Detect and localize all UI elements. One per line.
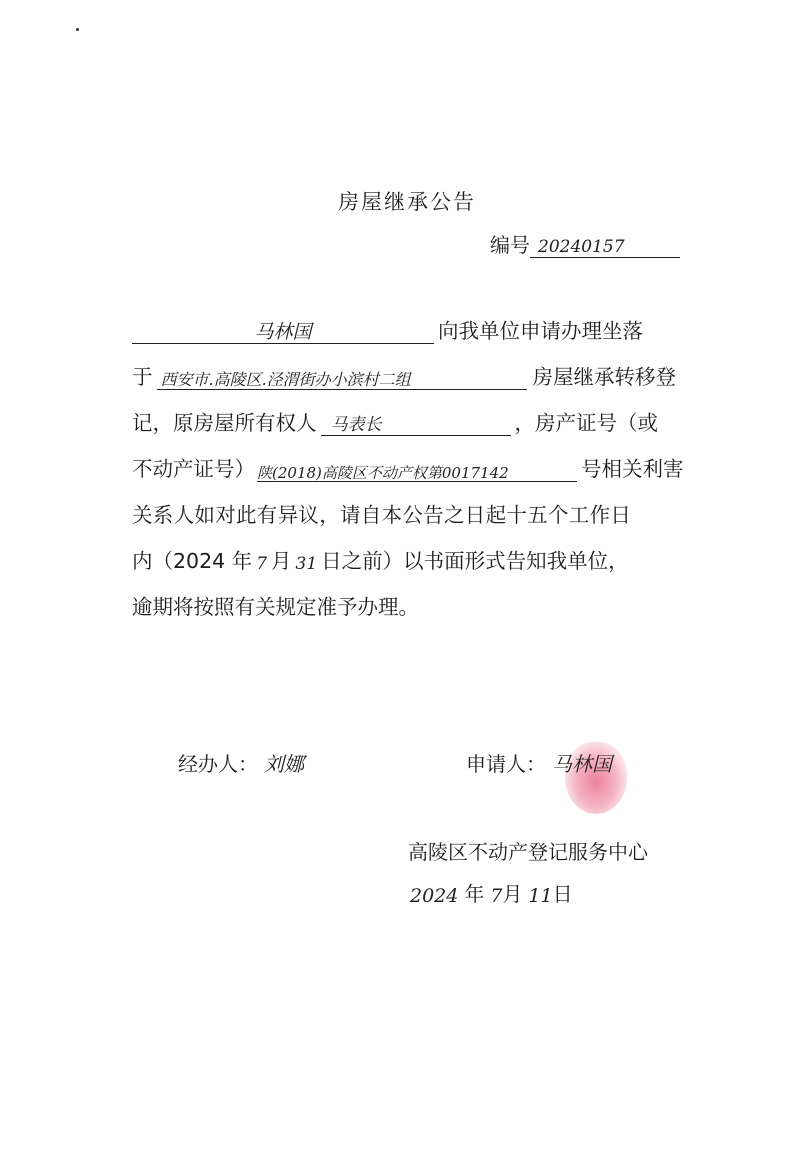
applicant-name: 马林国 [552, 748, 612, 777]
year-unit: 年 [464, 878, 484, 907]
body-line-4: 不动产证号） 陕(2018)高陵区不动产权第0017142 号相关利害 [132, 452, 684, 482]
body-line-6: 内（2024 年 7 月 31 日之前）以书面形式告知我单位， [132, 544, 629, 574]
body-text: 不动产证号） [132, 452, 255, 482]
applicant-name-field: 马林国 [132, 322, 434, 344]
issuing-organization: 高陵区不动产登记服务中心 [408, 836, 648, 865]
body-line-5: 关系人如对此有异议，请自本公告之日起十五个工作日 [132, 498, 631, 528]
issue-day: 11 [528, 885, 552, 907]
serial-label: 编号 [490, 229, 530, 258]
original-owner-field: 马表长 [321, 416, 511, 436]
body-text: 关系人如对此有异议，请自本公告之日起十五个工作日 [132, 498, 631, 528]
applicant-signature: 申请人： 马林国 [466, 748, 612, 777]
issue-month: 7 [490, 885, 502, 907]
document-title: 房屋继承公告 [0, 186, 800, 216]
issue-year: 2024 [410, 885, 458, 907]
scan-speck [76, 28, 79, 31]
body-line-1: 马林国 向我单位申请办理坐落 [132, 314, 643, 344]
body-text: 于 [132, 360, 153, 390]
body-text: 日之前）以书面形式告知我单位， [321, 544, 629, 574]
body-text: 月 [271, 544, 292, 574]
body-line-7: 逾期将按照有关规定准予办理。 [132, 590, 419, 620]
handler-signature: 经办人： 刘娜 [178, 748, 304, 777]
body-text: 逾期将按照有关规定准予办理。 [132, 590, 419, 620]
body-line-3: 记，原房屋所有权人 马表长 ，房产证号（或 [132, 406, 658, 436]
deadline-month: 7 [256, 554, 267, 574]
property-location-field: 西安市.高陵区.泾渭街办小滨村二组 [157, 371, 527, 390]
body-text: 记，原房屋所有权人 [132, 406, 317, 436]
deadline-day: 31 [296, 554, 318, 574]
handler-name: 刘娜 [264, 748, 304, 777]
month-unit: 月 [502, 878, 522, 907]
handler-label: 经办人： [178, 748, 258, 777]
serial-value: 20240157 [530, 238, 680, 258]
body-text: 房屋继承转移登 [533, 360, 677, 390]
body-text: ，房产证号（或 [515, 406, 659, 436]
serial-number: 编号 20240157 [490, 229, 680, 258]
notice-page: 房屋继承公告 编号 20240157 马林国 向我单位申请办理坐落 于 西安市.… [0, 0, 800, 1167]
issue-date: 2024 年 7 月 11 日 [410, 878, 573, 907]
body-text: 内（2024 年 [132, 544, 252, 574]
certificate-number-field: 陕(2018)高陵区不动产权第0017142 [257, 465, 577, 483]
body-text: 号相关利害 [581, 452, 684, 482]
body-text: 向我单位申请办理坐落 [438, 314, 643, 344]
applicant-label: 申请人： [466, 748, 546, 777]
day-unit: 日 [553, 878, 573, 907]
body-line-2: 于 西安市.高陵区.泾渭街办小滨村二组 房屋继承转移登 [132, 360, 676, 390]
